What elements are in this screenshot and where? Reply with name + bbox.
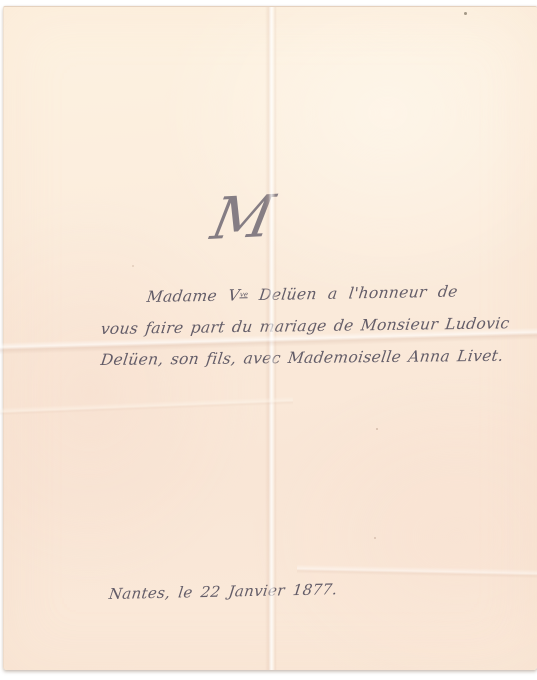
letter-line-3: Delüen, son fils, avec Mademoiselle Anna…: [100, 347, 505, 369]
scan-background: M Madame Vve Delüen a l'honneur de vous …: [0, 0, 537, 680]
date-line: Nantes, le 22 Janvier 1877.: [108, 580, 339, 603]
letter-line-1: Madame Vve Delüen a l'honneur de: [146, 283, 459, 306]
lower-right-crease: [297, 564, 537, 578]
diagonal-crease: [0, 396, 293, 415]
line1-rest: Delüen a l'honneur de: [247, 283, 459, 305]
line1-prefix: Madame V: [146, 286, 241, 306]
scan-speck: [376, 428, 378, 430]
scan-speck: [374, 537, 376, 539]
scan-speck: [464, 12, 467, 15]
scan-speck: [132, 265, 134, 267]
letter-paper: M Madame Vve Delüen a l'honneur de vous …: [3, 6, 537, 670]
